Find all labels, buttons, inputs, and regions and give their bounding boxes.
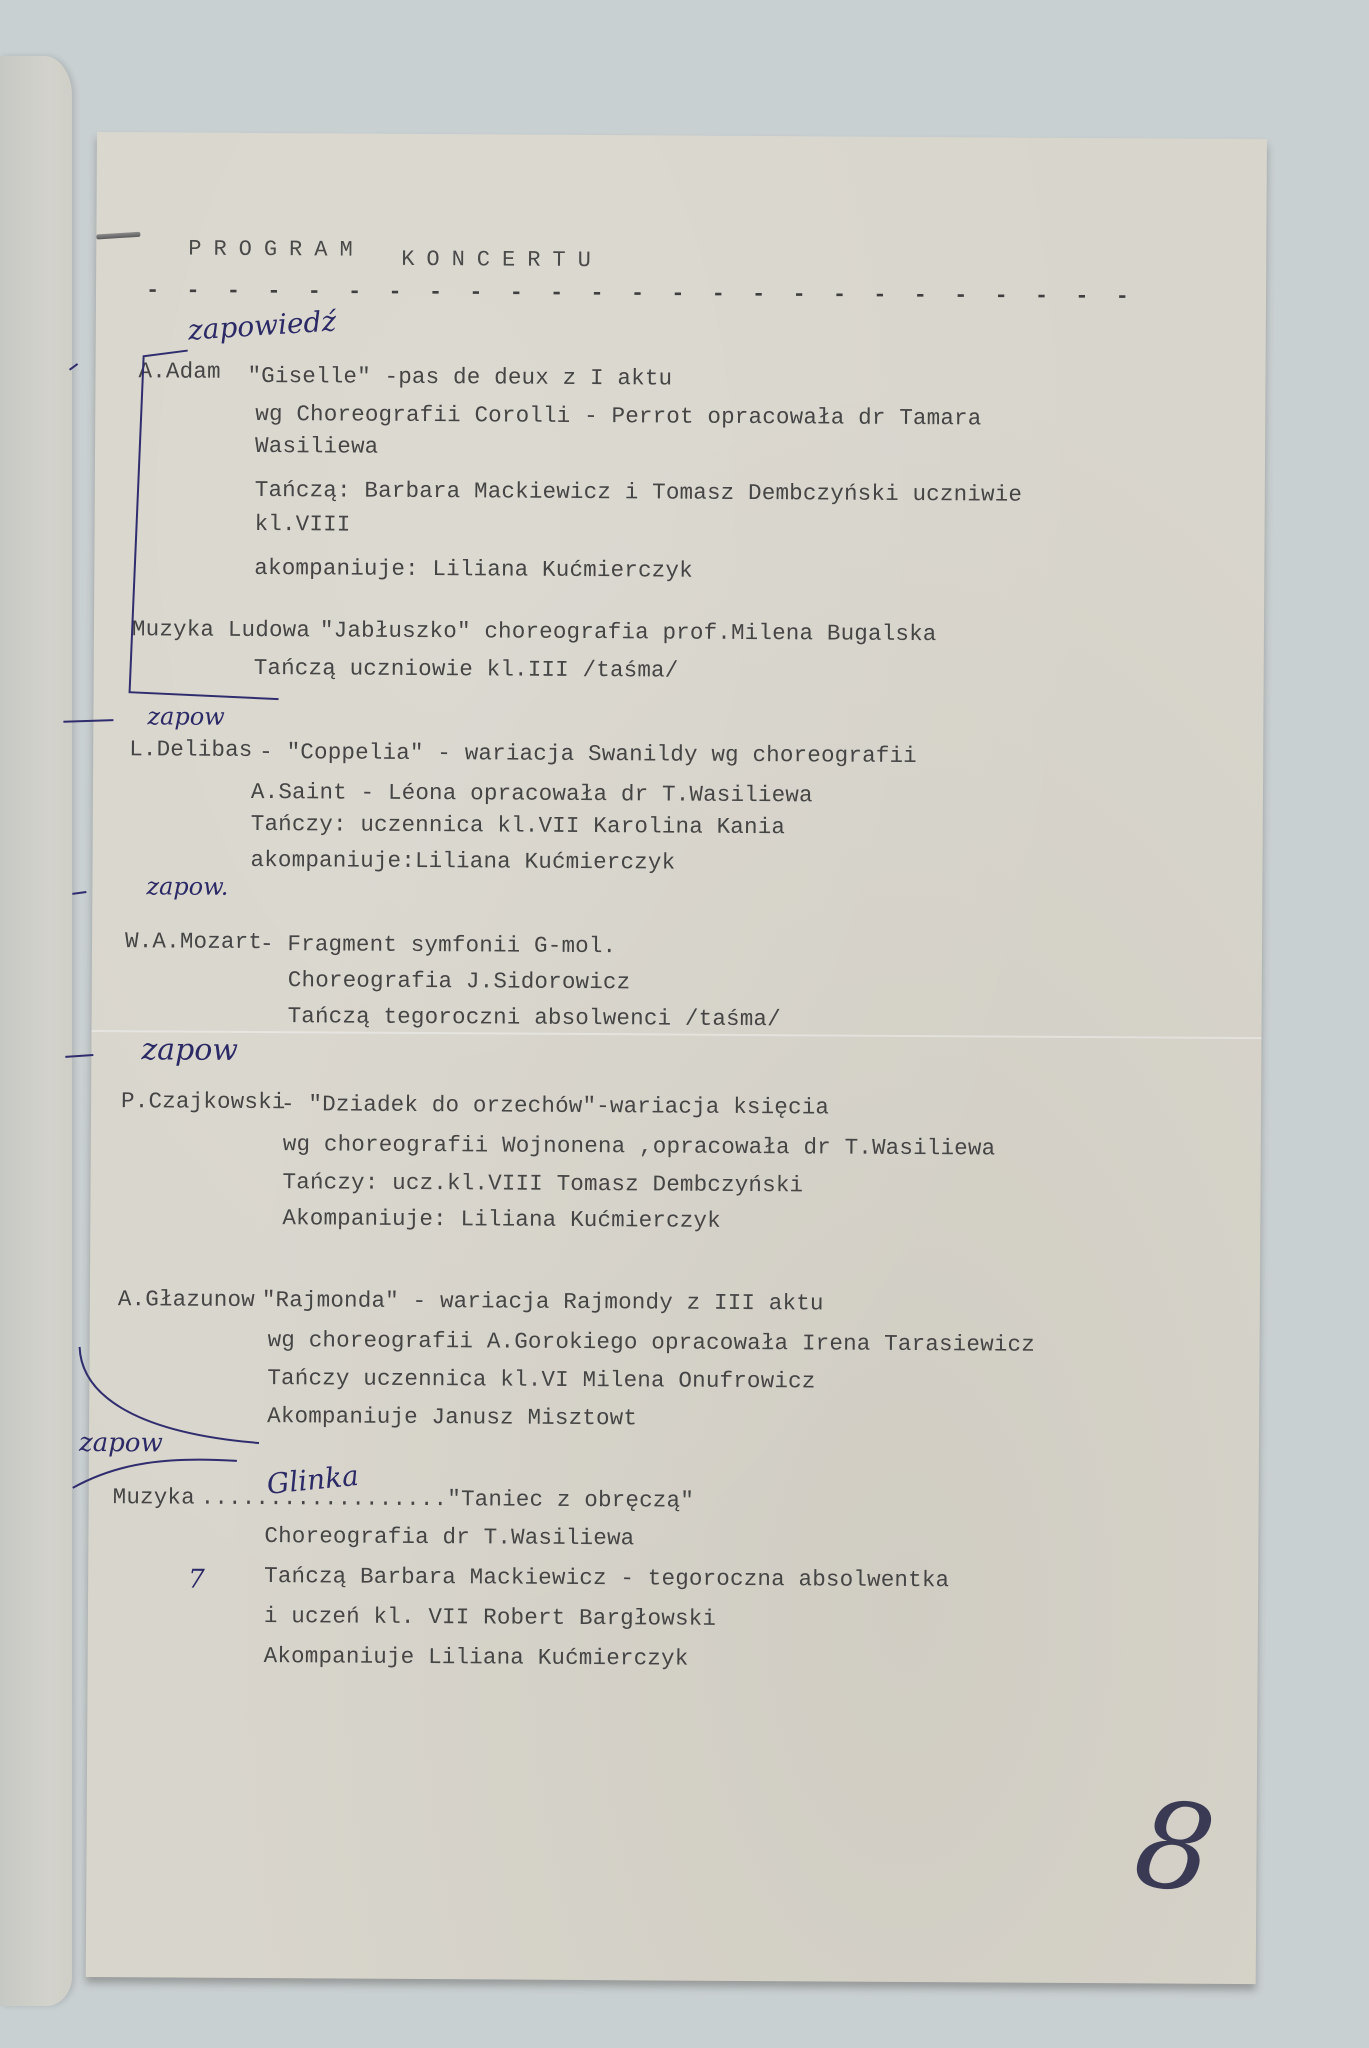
pen-bracket-strokes (86, 132, 1267, 1984)
document-page: PROGRAM KONCERTU - - - - - - - - - - - -… (86, 132, 1267, 1984)
adjacent-page-edge (0, 56, 72, 2006)
